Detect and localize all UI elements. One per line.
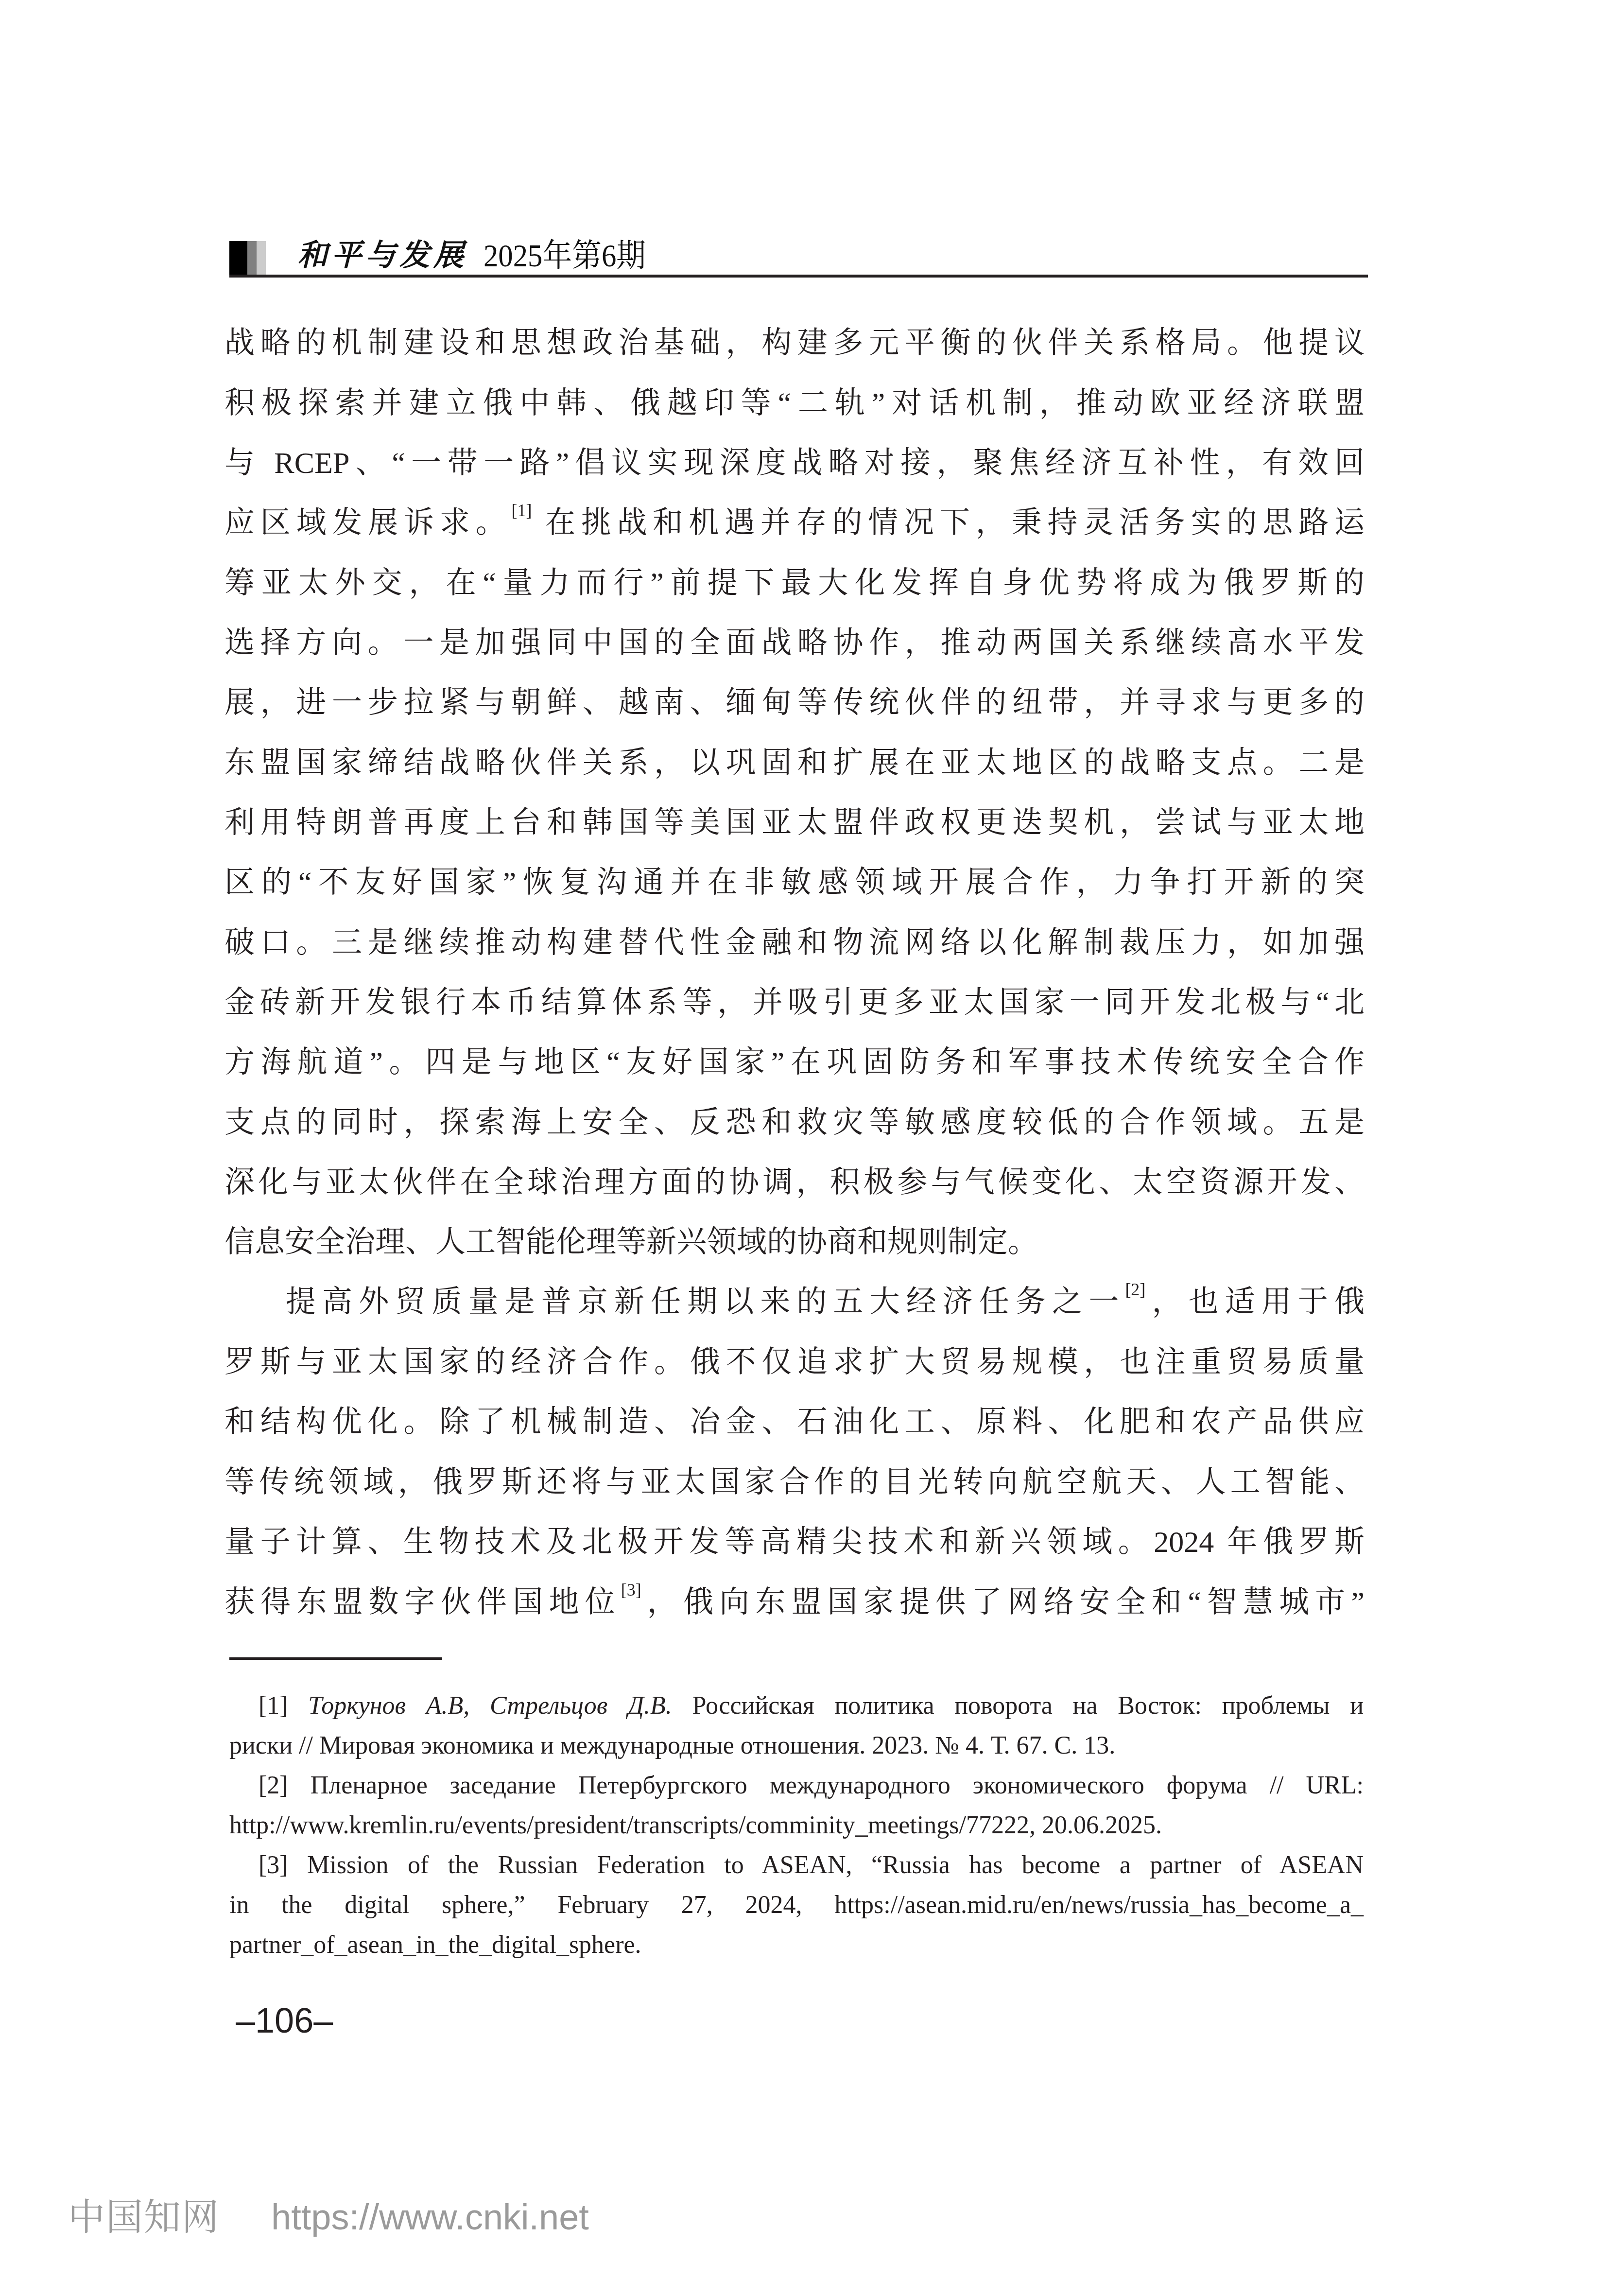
text-span: 在挑战和机遇并存的情况下，秉持灵活务实的思路运 <box>545 506 1365 539</box>
text-span: 提高外贸质量是普京新任期以来的五大经济任务之一 <box>286 1286 1125 1319</box>
text-line: 战略的机制建设和思想政治基础，构建多元平衡的伙伴关系格局。他提议 <box>225 324 1365 363</box>
issue-label: 2025年第6期 <box>484 234 646 278</box>
header-bar-black <box>229 241 247 275</box>
text-line: 和结构优化。除了机械制造、冶金、石油化工、原料、化肥和农产品供应 <box>225 1403 1365 1442</box>
text-line: 应区域发展诉求。[1] 在挑战和机遇并存的情况下，秉持灵活务实的思路运 <box>225 504 1365 542</box>
text-span: ，也适用于俄 <box>1145 1286 1365 1319</box>
cnki-watermark-url[interactable]: https://www.cnki.net <box>271 2193 589 2242</box>
text-line: 展，进一步拉紧与朝鲜、越南、缅甸等传统伙伴的纽带，并寻求与更多的 <box>225 683 1365 722</box>
header-rule <box>229 275 1368 278</box>
footnote-3-line-2[interactable]: in the digital sphere,” February 27, 202… <box>229 1891 1364 1920</box>
footnote-ref-1[interactable]: [1] <box>512 501 532 520</box>
text-line: 积极探索并建立俄中韩、俄越印等“二轨”对话机制，推动欧亚经济联盟 <box>225 384 1365 423</box>
cnki-watermark-name: 中国知网 <box>68 2193 220 2242</box>
footnote-marker: [3] <box>259 1851 288 1879</box>
text-span: ，俄向东盟国家提供了网络安全和“智慧城市” <box>641 1586 1365 1619</box>
page-number: –106– <box>236 2001 333 2040</box>
text-line: 金砖新开发银行本币结算体系等，并吸引更多亚太国家一同开发北极与“北 <box>225 983 1365 1022</box>
footnote-separator <box>229 1657 442 1660</box>
text-line: 东盟国家缔结战略伙伴关系，以巩固和扩展在亚太地区的战略支点。二是 <box>225 744 1365 783</box>
footnote-marker: [2] <box>259 1772 288 1799</box>
footnote-1-line-1: [1] Торкунов А.В, Стрельцов Д.В. Российс… <box>259 1691 1364 1721</box>
footnote-ref-2[interactable]: [2] <box>1125 1280 1145 1299</box>
footnote-marker: [1] <box>259 1692 288 1720</box>
text-line: 深化与亚太伙伴在全球治理方面的协调，积极参与气候变化、太空资源开发、 <box>225 1163 1365 1202</box>
footnote-3-line-1: [3] Mission of the Russian Federation to… <box>259 1851 1364 1880</box>
text-line: 筹亚太外交，在“量力而行”前提下最大化发挥自身优势将成为俄罗斯的 <box>225 564 1365 603</box>
header-bar-light-gray <box>257 241 266 275</box>
text-line: 提高外贸质量是普京新任期以来的五大经济任务之一[2]，也适用于俄 <box>286 1283 1365 1322</box>
footnote-2-line-1: [2] Пленарное заседание Петербургского м… <box>259 1771 1364 1800</box>
text-line: 利用特朗普再度上台和韩国等美国亚太盟伴政权更迭契机，尝试与亚太地 <box>225 803 1365 842</box>
text-line: 支点的同时，探索海上安全、反恐和救灾等敏感度较低的合作领域。五是 <box>225 1103 1365 1142</box>
text-line: 等传统领域，俄罗斯还将与亚太国家合作的目光转向航空航天、人工智能、 <box>225 1463 1365 1502</box>
header-bar-gray <box>247 241 257 275</box>
footnote-3-line-3[interactable]: partner_of_asean_in_the_digital_sphere. <box>229 1931 1364 1960</box>
footnote-text: Российская политика поворота на Восток: … <box>692 1692 1364 1720</box>
text-line: 破口。三是继续推动构建替代性金融和物流网络以化解制裁压力，如加强 <box>225 923 1365 962</box>
footnote-2-line-2[interactable]: http://www.kremlin.ru/events/president/t… <box>229 1811 1364 1840</box>
footnote-text: Пленарное заседание Петербургского между… <box>311 1772 1364 1799</box>
text-span: 应区域发展诉求。 <box>225 506 512 539</box>
text-line: 与 RCEP、“一带一路”倡议实现深度战略对接，聚焦经济互补性，有效回 <box>225 444 1365 483</box>
footnote-authors: Торкунов А.В, Стрельцов Д.В. <box>308 1692 672 1720</box>
footnote-1-line-2: риски // Мировая экономика и международн… <box>229 1731 1364 1760</box>
footnote-ref-3[interactable]: [3] <box>621 1580 641 1600</box>
text-line: 选择方向。一是加强同中国的全面战略协作，推动两国关系继续高水平发 <box>225 624 1365 662</box>
text-line: 获得东盟数字伙伴国地位[3]，俄向东盟国家提供了网络安全和“智慧城市” <box>225 1583 1365 1622</box>
journal-title: 和平与发展 <box>297 233 467 277</box>
text-line: 信息安全治理、人工智能伦理等新兴领域的协商和规则制定。 <box>225 1223 1365 1262</box>
text-line: 区的“不友好国家”恢复沟通并在非敏感领域开展合作，力争打开新的突 <box>225 863 1365 902</box>
footnote-text: Mission of the Russian Federation to ASE… <box>307 1851 1364 1879</box>
text-line: 罗斯与亚太国家的经济合作。俄不仅追求扩大贸易规模，也注重贸易质量 <box>225 1343 1365 1382</box>
text-span: 获得东盟数字伙伴国地位 <box>225 1586 621 1619</box>
text-line: 量子计算、生物技术及北极开发等高精尖技术和新兴领域。2024 年俄罗斯 <box>225 1523 1365 1562</box>
text-line: 方海航道”。四是与地区“友好国家”在巩固防务和军事技术传统安全合作 <box>225 1043 1365 1082</box>
